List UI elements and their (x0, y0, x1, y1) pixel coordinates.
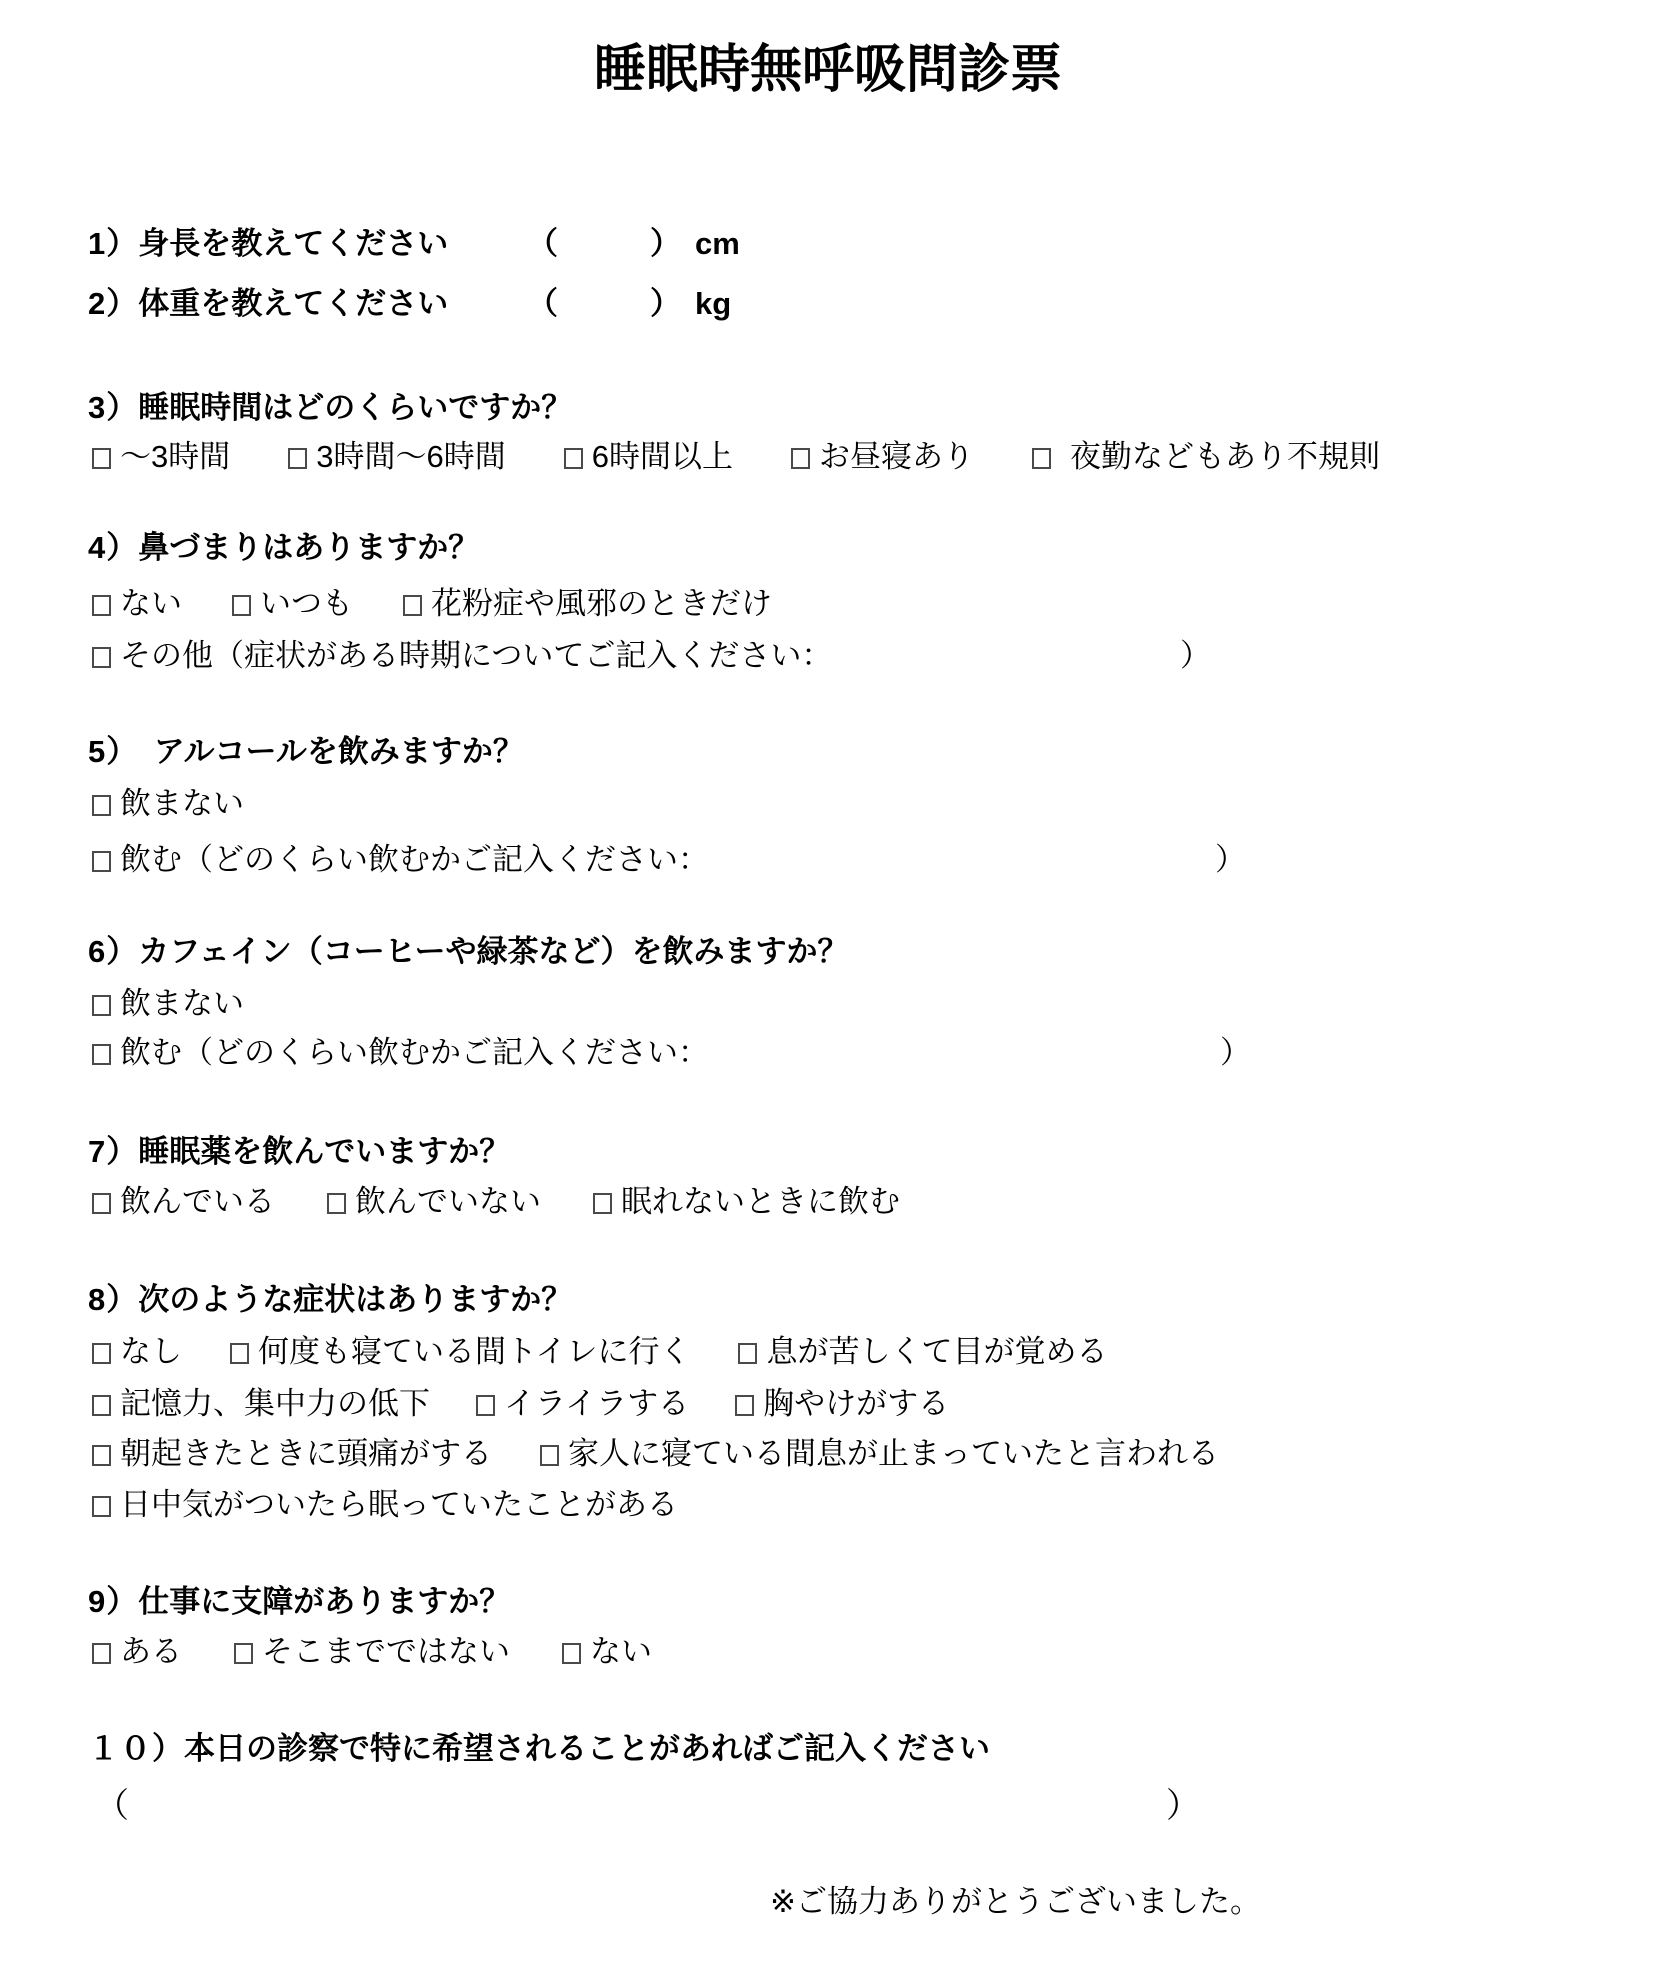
q1-paren-close: ） (650, 226, 681, 261)
q7-label: 睡眠薬を飲んでいますか？ (138, 1134, 510, 1169)
checkbox-icon[interactable] (92, 1044, 111, 1065)
q1-paren-close-unit: ）cm (650, 224, 740, 264)
footer-row: ※ご協力ありがとうございました。 (0, 1882, 1656, 1926)
q5-paren-close: ） (1215, 840, 1246, 880)
checkbox-icon[interactable] (738, 1343, 757, 1364)
q6-paren-close: ） (1220, 1033, 1251, 1073)
q6-heading: 6）カフェイン（コーヒーや緑茶など）を飲みますか？ (0, 932, 1656, 976)
q4-option-1[interactable]: ない (92, 584, 182, 624)
q3-option-5[interactable]: 夜勤などもあり不規則 (1032, 437, 1380, 477)
q4-heading: 4）鼻づまりはありますか？ (0, 528, 1656, 572)
q8-option-4[interactable]: 記憶力、集中力の低下 (92, 1384, 430, 1424)
option-label: イライラする (504, 1384, 689, 1424)
option-label: 息が苦しくて目が覚める (766, 1332, 1107, 1372)
checkbox-icon[interactable] (92, 1643, 111, 1664)
checkbox-icon[interactable] (232, 595, 251, 616)
q2-number: 2） (88, 286, 138, 321)
q10-write-in-area[interactable] (135, 1786, 1155, 1822)
q8-option-5[interactable]: イライラする (476, 1384, 689, 1424)
q9-option-1[interactable]: ある (92, 1632, 182, 1672)
q5-option-row-2: 飲む（どのくらい飲むかご記入ください： ） (0, 840, 1656, 884)
option-label: 3時間～6時間 (316, 437, 505, 477)
q4-paren-close: ） (1180, 636, 1211, 676)
q1-unit: cm (695, 226, 740, 261)
option-label: 何度も寝ている間トイレに行く (258, 1332, 690, 1372)
q6-option-row-2: 飲む（どのくらい飲むかご記入ください： ） (0, 1033, 1656, 1077)
q2-heading: 2）体重を教えてください (88, 284, 448, 324)
q6-fill-option[interactable]: 飲む（どのくらい飲むかご記入ください： (92, 1033, 709, 1073)
q4-options-row: ない いつも 花粉症や風邪のときだけ (0, 584, 1656, 628)
option-label: ない (120, 584, 182, 624)
q8-options-row-1: なし 何度も寝ている間トイレに行く 息が苦しくて目が覚める (0, 1332, 1656, 1376)
option-label: 飲まない (120, 984, 244, 1024)
q10-write-in-row: （ ） (0, 1786, 1656, 1830)
q6-option-1[interactable]: 飲まない (92, 984, 244, 1024)
option-label: 日中気がついたら眠っていたことがある (120, 1485, 678, 1525)
checkbox-icon[interactable] (1032, 448, 1051, 469)
q3-label: 睡眠時間はどのくらいですか？ (138, 390, 572, 425)
q9-heading: 9）仕事に支障がありますか？ (0, 1582, 1656, 1626)
q8-option-6[interactable]: 胸やけがする (735, 1384, 949, 1424)
checkbox-icon[interactable] (92, 1496, 111, 1517)
checkbox-icon[interactable] (735, 1395, 754, 1416)
q8-option-2[interactable]: 何度も寝ている間トイレに行く (230, 1332, 690, 1372)
q2-row: 2）体重を教えてください （ ）kg (0, 284, 1656, 328)
option-label: その他（症状がある時期についてご記入ください： (120, 636, 832, 676)
q2-paren-close: ） (650, 286, 681, 321)
q6-write-in-area[interactable] (710, 1033, 1205, 1069)
q7-option-3[interactable]: 眠れないときに飲む (593, 1182, 900, 1222)
checkbox-icon[interactable] (476, 1395, 495, 1416)
q8-heading: 8）次のような症状はありますか？ (0, 1280, 1656, 1324)
checkbox-icon[interactable] (234, 1643, 253, 1664)
q1-write-in-area[interactable] (560, 224, 645, 260)
q9-option-2[interactable]: そこまでではない (234, 1632, 510, 1672)
footer-thanks: ※ご協力ありがとうございました。 (770, 1882, 1261, 1922)
q3-option-3[interactable]: 6時間以上 (564, 437, 733, 477)
q8-option-3[interactable]: 息が苦しくて目が覚める (738, 1332, 1107, 1372)
q3-option-2[interactable]: 3時間～6時間 (288, 437, 505, 477)
option-label: 飲んでいない (355, 1182, 541, 1222)
option-label: なし (120, 1332, 182, 1372)
q8-option-1[interactable]: なし (92, 1332, 182, 1372)
q9-option-3[interactable]: ない (562, 1632, 652, 1672)
option-label: ない (590, 1632, 652, 1672)
q2-label: 体重を教えてください (138, 286, 448, 321)
form-page: 睡眠時無呼吸問診票 1）身長を教えてください （ ）cm 2）体重を教えてくださ… (0, 0, 1656, 1970)
checkbox-icon[interactable] (92, 995, 111, 1016)
q8-option-9[interactable]: 日中気がついたら眠っていたことがある (92, 1485, 678, 1525)
q8-options-row-4: 日中気がついたら眠っていたことがある (0, 1485, 1656, 1529)
q2-paren-open: （ (527, 284, 558, 324)
q6-number: 6） (88, 934, 138, 969)
checkbox-icon[interactable] (92, 1343, 111, 1364)
q6-option-row-1: 飲まない (0, 984, 1656, 1028)
q7-option-2[interactable]: 飲んでいない (327, 1182, 541, 1222)
checkbox-icon[interactable] (92, 795, 111, 816)
q7-number: 7） (88, 1134, 138, 1169)
q5-option-row-1: 飲まない (0, 784, 1656, 828)
q10-heading: １０）本日の診察で特に希望されることがあればご記入ください (0, 1729, 1656, 1773)
option-label: 朝起きたときに頭痛がする (120, 1434, 492, 1474)
q3-heading: 3）睡眠時間はどのくらいですか？ (0, 388, 1656, 432)
option-label: 飲んでいる (120, 1182, 275, 1222)
checkbox-icon[interactable] (230, 1343, 249, 1364)
q9-number: 9） (88, 1584, 138, 1619)
q1-heading: 1）身長を教えてください (88, 224, 448, 264)
checkbox-icon[interactable] (92, 448, 111, 469)
checkbox-icon[interactable] (92, 647, 111, 668)
page-title: 睡眠時無呼吸問診票 (0, 40, 1656, 100)
q3-option-1[interactable]: ～3時間 (92, 437, 230, 477)
option-label: いつも (260, 584, 353, 624)
q5-fill-option[interactable]: 飲む（どのくらい飲むかご記入ください： (92, 840, 709, 880)
q10-label: 本日の診察で特に希望されることがあればご記入ください (184, 1731, 990, 1766)
q1-label: 身長を教えてください (138, 226, 448, 261)
option-label: 胸やけがする (763, 1384, 949, 1424)
q10-paren-close: ） (1166, 1786, 1200, 1826)
q8-number: 8） (88, 1282, 138, 1317)
q5-write-in-area[interactable] (710, 840, 1200, 876)
option-label: 飲む（どのくらい飲むかご記入ください： (120, 840, 709, 880)
checkbox-icon[interactable] (92, 595, 111, 616)
q4-other-option-row: その他（症状がある時期についてご記入ください： ） (0, 636, 1656, 680)
checkbox-icon[interactable] (92, 851, 111, 872)
q3-number: 3） (88, 390, 138, 425)
q10-paren-open: （ (95, 1786, 129, 1826)
checkbox-icon[interactable] (593, 1193, 612, 1214)
q4-option-2[interactable]: いつも (232, 584, 353, 624)
q4-number: 4） (88, 530, 138, 565)
option-label: ある (120, 1632, 182, 1672)
checkbox-icon[interactable] (92, 1395, 111, 1416)
checkbox-icon[interactable] (92, 1193, 111, 1214)
checkbox-icon[interactable] (288, 448, 307, 469)
q2-paren-close-unit: ）kg (650, 284, 731, 324)
option-label: 飲まない (120, 784, 244, 824)
checkbox-icon[interactable] (92, 1445, 111, 1466)
q6-label: カフェイン（コーヒーや緑茶など）を飲みますか？ (138, 934, 848, 969)
option-label: 飲む（どのくらい飲むかご記入ください： (120, 1033, 709, 1073)
q5-number: 5） (88, 734, 123, 769)
q7-option-1[interactable]: 飲んでいる (92, 1182, 275, 1222)
q3-options-row: ～3時間 3時間～6時間 6時間以上 お昼寝あり 夜勤などもあり不規則 (0, 437, 1656, 481)
q3-option-4[interactable]: お昼寝あり (791, 437, 974, 477)
checkbox-icon[interactable] (327, 1193, 346, 1214)
q8-options-row-3: 朝起きたときに頭痛がする 家人に寝ている間息が止まっていたと言われる (0, 1434, 1656, 1478)
q1-paren-open: （ (527, 224, 558, 264)
q8-option-7[interactable]: 朝起きたときに頭痛がする (92, 1434, 492, 1474)
q10-number: １０） (88, 1731, 184, 1766)
option-label: 眠れないときに飲む (621, 1182, 900, 1222)
q7-options-row: 飲んでいる 飲んでいない 眠れないときに飲む (0, 1182, 1656, 1226)
q4-other-option[interactable]: その他（症状がある時期についてご記入ください： (92, 636, 832, 676)
checkbox-icon[interactable] (403, 595, 422, 616)
option-label: そこまでではない (262, 1632, 510, 1672)
q2-write-in-area[interactable] (560, 284, 645, 320)
option-label: お昼寝あり (819, 437, 974, 477)
q5-option-1[interactable]: 飲まない (92, 784, 244, 824)
q4-label: 鼻づまりはありますか？ (138, 530, 479, 565)
q7-heading: 7）睡眠薬を飲んでいますか？ (0, 1132, 1656, 1176)
q8-options-row-2: 記憶力、集中力の低下 イライラする 胸やけがする (0, 1384, 1656, 1428)
option-label: 夜勤などもあり不規則 (1070, 437, 1380, 477)
q1-number: 1） (88, 226, 138, 261)
q5-heading: 5） アルコールを飲みますか？ (0, 732, 1656, 776)
checkbox-icon[interactable] (791, 448, 810, 469)
q8-option-8[interactable]: 家人に寝ている間息が止まっていたと言われる (540, 1434, 1219, 1474)
option-label: 家人に寝ている間息が止まっていたと言われる (568, 1434, 1219, 1474)
q9-options-row: ある そこまでではない ない (0, 1632, 1656, 1676)
option-label: 花粉症や風邪のときだけ (431, 584, 772, 624)
q8-label: 次のような症状はありますか？ (138, 1282, 572, 1317)
q1-row: 1）身長を教えてください （ ）cm (0, 224, 1656, 268)
option-label: 記憶力、集中力の低下 (120, 1384, 430, 1424)
q4-write-in-area[interactable] (945, 636, 1170, 672)
checkbox-icon[interactable] (564, 448, 583, 469)
q4-option-3[interactable]: 花粉症や風邪のときだけ (403, 584, 772, 624)
checkbox-icon[interactable] (540, 1445, 559, 1466)
q9-label: 仕事に支障がありますか？ (138, 1584, 510, 1619)
checkbox-icon[interactable] (562, 1643, 581, 1664)
q5-label: アルコールを飲みますか？ (123, 734, 524, 769)
option-label: ～3時間 (120, 437, 230, 477)
option-label: 6時間以上 (592, 437, 733, 477)
q2-unit: kg (695, 286, 731, 321)
